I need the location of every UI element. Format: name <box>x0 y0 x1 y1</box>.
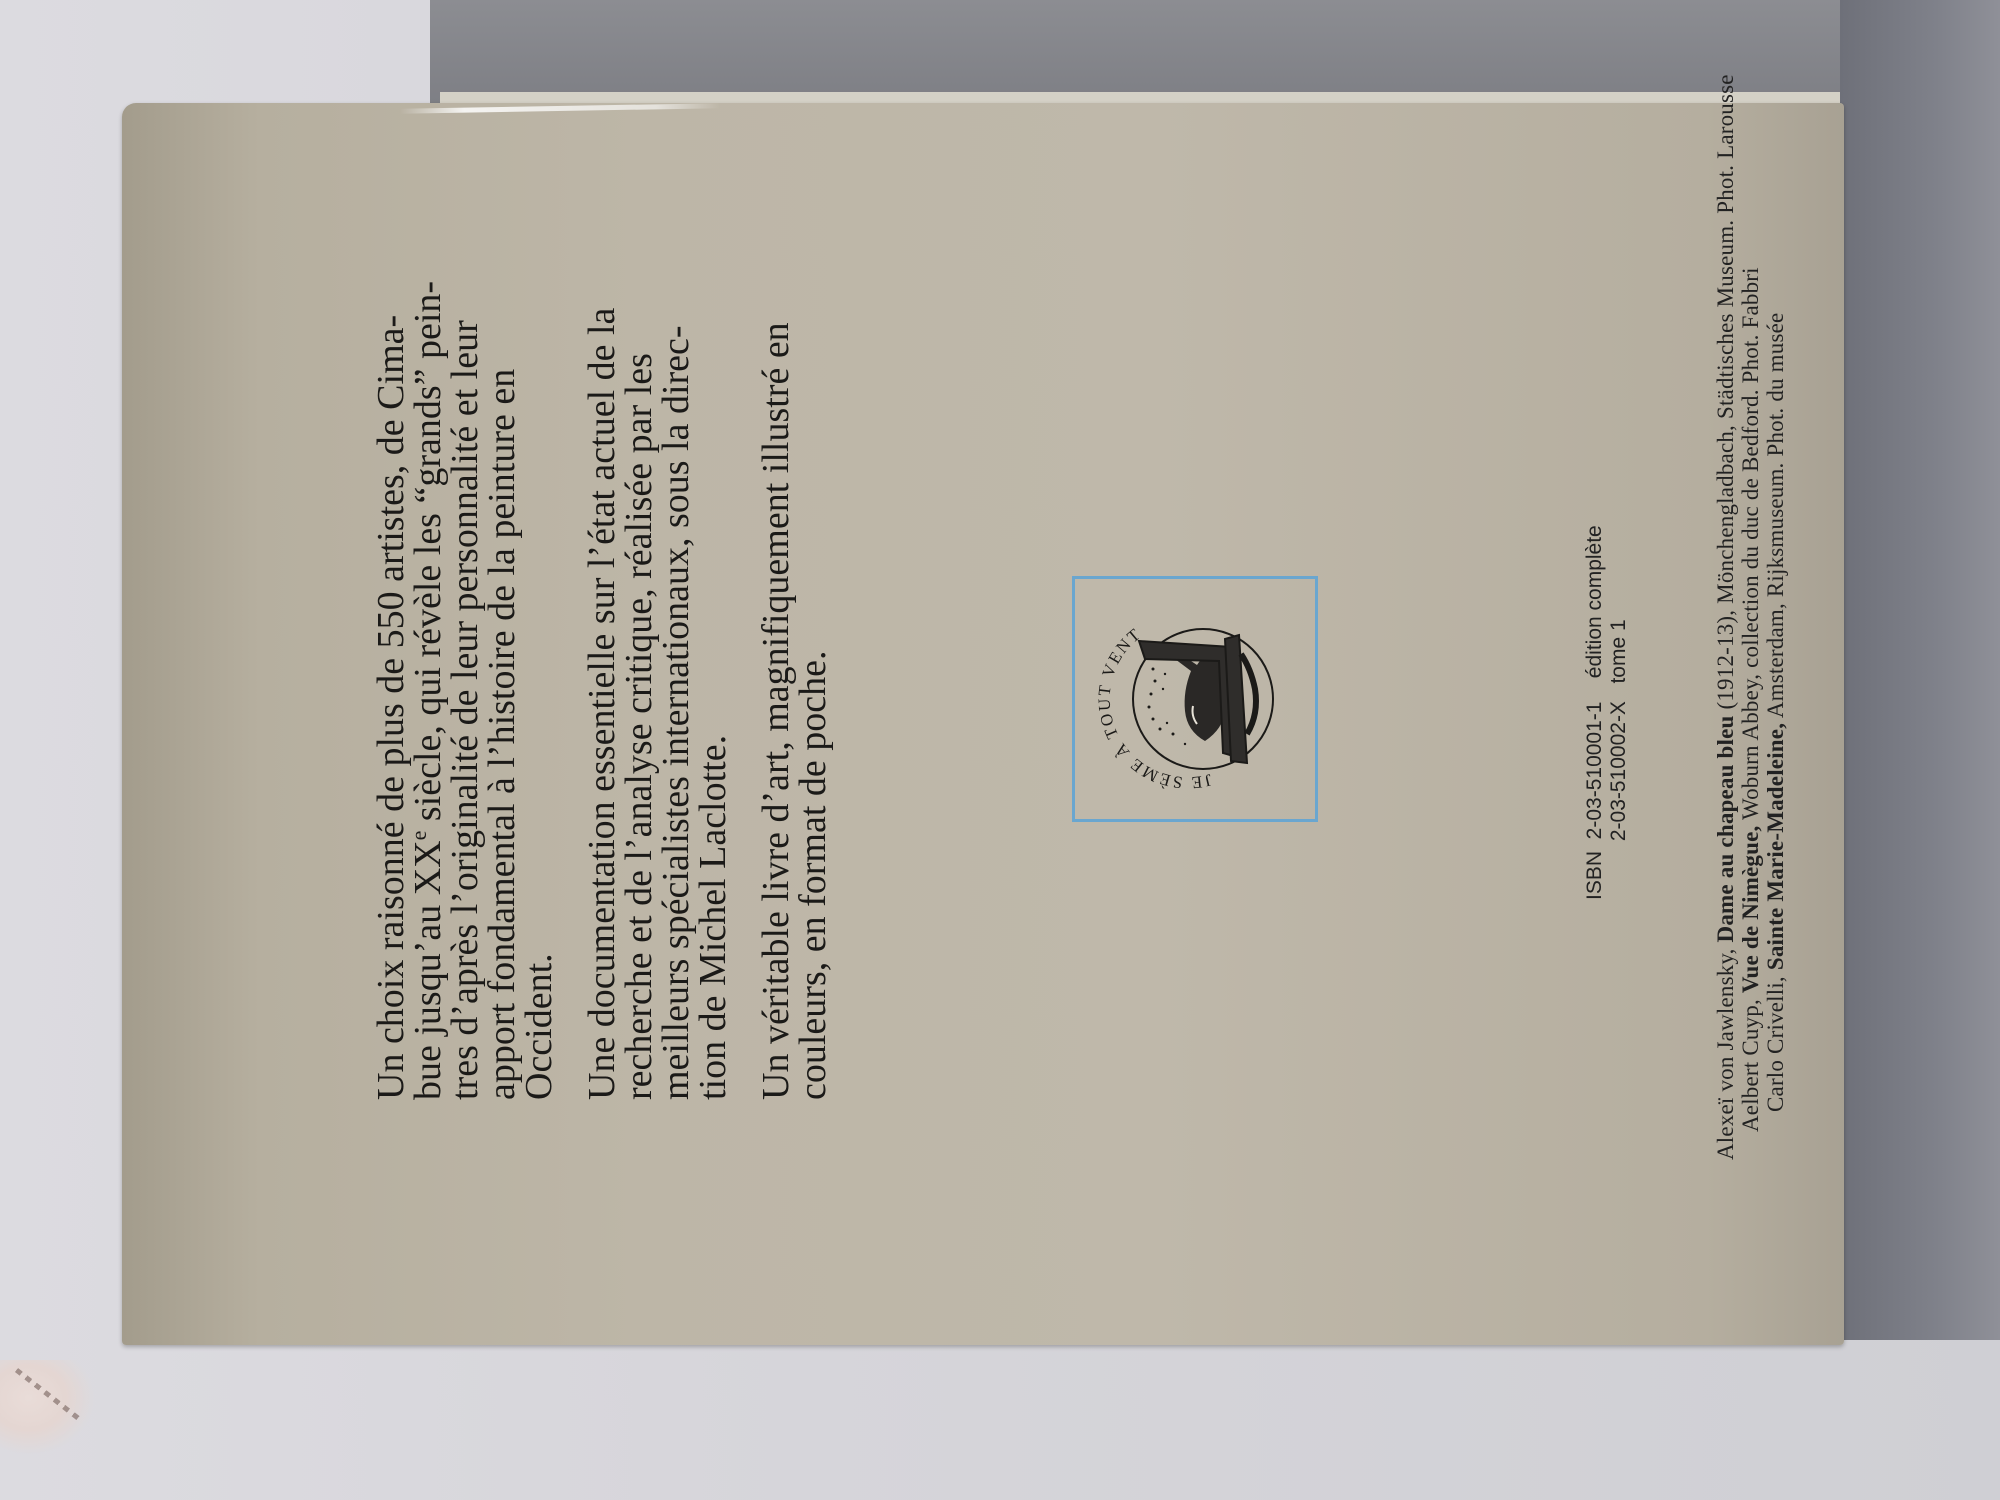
blurb-line: couleurs, en format de poche. <box>795 460 832 1100</box>
credit-title: Dame au chapeau bleu <box>1713 715 1738 942</box>
blurb-line: meilleurs spécialistes internationaux, s… <box>658 460 695 1100</box>
blurb-line: Un véritable livre d’art, magnifiquement… <box>758 460 795 1100</box>
blurb-paragraph-3: Un véritable livre d’art, magnifiquement… <box>758 200 832 1100</box>
background-shadow <box>1840 0 2000 1340</box>
isbn-volume-label: tome 1 <box>1607 619 1630 683</box>
blurb-line: Occident. <box>521 460 558 1100</box>
credit-source: Amsterdam, Rijksmuseum. Phot. du musée <box>1763 313 1788 723</box>
publisher-logo-frame: JE SÈME À TOUT VENT <box>1072 576 1318 822</box>
isbn-number: 2-03-510001-1 <box>1583 702 1606 840</box>
isbn-edition-label: édition complète <box>1583 525 1606 678</box>
credit-artist: Aelbert Cuyp, <box>1738 993 1763 1132</box>
larousse-sower-emblem-icon: JE SÈME À TOUT VENT <box>1075 579 1315 819</box>
blurb-line-part: bue jusqu’au XX <box>407 840 449 1100</box>
isbn-block: ISBN 2-03-510001-1 édition complète 2-03… <box>1583 480 1631 900</box>
credit-row: Carlo Crivelli, Sainte Marie-Madeleine, … <box>1763 160 1788 1160</box>
blurb-line: Un choix raisonné de plus de 550 artiste… <box>373 460 410 1100</box>
isbn-number: 2-03-510002-X <box>1607 701 1630 841</box>
credit-row: Alexeï von Jawlensky, Dame au chapeau bl… <box>1713 160 1738 1160</box>
blurb-line: Une documentation essentielle sur l’état… <box>584 460 621 1100</box>
isbn-row-volume: 2-03-510002-X tome 1 <box>1607 480 1631 900</box>
blurb-paragraph-1: Un choix raisonné de plus de 550 artiste… <box>373 200 558 1100</box>
superscript: e <box>406 831 431 841</box>
blurb-line: bue jusqu’au XXe siècle, qui révèle les … <box>410 460 447 1100</box>
blurb-line-part: siècle, qui révèle les “grands” pein- <box>407 281 449 831</box>
isbn-row-complete: ISBN 2-03-510001-1 édition complète <box>1583 480 1607 900</box>
blurb-line: tres d’après l’originalité de leur perso… <box>447 460 484 1100</box>
blurb-line: recherche et de l’analyse critique, réal… <box>621 460 658 1100</box>
credit-source: (1912-13), Mönchengladbach, Städtisches … <box>1713 74 1738 715</box>
blurb-paragraph-2: Une documentation essentielle sur l’état… <box>584 200 732 1100</box>
cover-credits: Alexeï von Jawlensky, Dame au chapeau bl… <box>1713 160 1788 1160</box>
blurb-line: tion de Michel Laclotte. <box>695 460 732 1100</box>
credit-artist: Carlo Crivelli, <box>1763 970 1788 1112</box>
surface-scuff <box>0 1360 95 1455</box>
credit-source: Woburn Abbey, collection du duc de Bedfo… <box>1738 267 1763 825</box>
isbn-label: ISBN <box>1583 851 1606 900</box>
credit-artist: Alexeï von Jawlensky, <box>1713 942 1738 1160</box>
blurb-line: apport fondamental à l’histoire de la pe… <box>484 460 521 1100</box>
credit-row: Aelbert Cuyp, Vue de Nimègue, Woburn Abb… <box>1738 160 1763 1160</box>
credit-title: Vue de Nimègue, <box>1738 826 1763 994</box>
blurb-text: Un choix raisonné de plus de 550 artiste… <box>373 200 858 1100</box>
credit-title: Sainte Marie-Madeleine, <box>1763 723 1788 970</box>
